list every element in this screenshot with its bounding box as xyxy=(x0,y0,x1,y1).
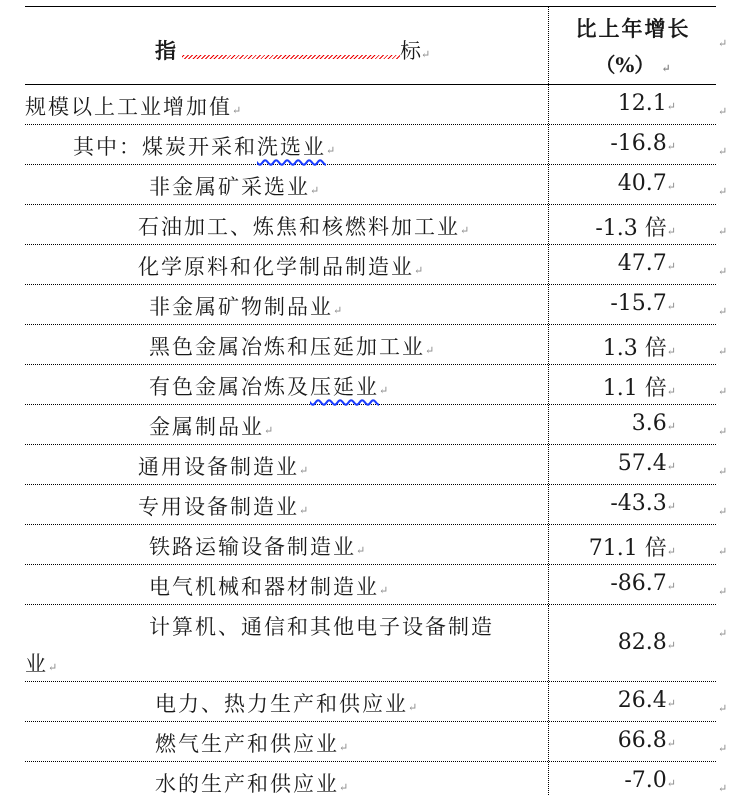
growth-value: 3.6↵ xyxy=(548,405,716,444)
table-row: 黑色金属冶炼和压延加工业↵ 1.3 倍↵ ↵ xyxy=(25,325,716,365)
indicator-name: 其中：煤炭开采和洗选业↵ xyxy=(73,131,596,161)
table-row: 水的生产和供应业↵ -7.0↵ ↵ xyxy=(25,762,716,796)
row-end-mark: ↵ xyxy=(718,105,727,118)
table-row: 非金属矿物制品业↵ -15.7↵ ↵ xyxy=(25,285,716,325)
row-end-mark: ↵ xyxy=(718,545,727,558)
row-end-mark: ↵ xyxy=(718,465,727,478)
indicator-name: 规模以上工业增加值↵ xyxy=(25,91,548,121)
table-row: 其中：煤炭开采和洗选业↵ -16.8↵ ↵ xyxy=(25,125,716,165)
row-end-mark: ↵ xyxy=(718,505,727,518)
table-row: 计算机、通信和其他电子设备制造 业↵ 82.8↵ ↵ xyxy=(25,605,716,682)
row-end-mark: ↵ xyxy=(718,225,727,238)
header-growth-cell: 比上年增长 （%） ↵ xyxy=(548,7,717,84)
growth-value: 47.7↵ xyxy=(548,245,716,284)
growth-value: 66.8↵ xyxy=(548,722,716,761)
row-end-mark: ↵ xyxy=(718,265,727,278)
growth-value: -7.0↵ xyxy=(548,762,716,796)
table-body: 规模以上工业增加值↵ 12.1↵ ↵ 其中：煤炭开采和洗选业↵ -16.8↵ ↵… xyxy=(25,85,716,796)
table-row: 电力、热力生产和供应业↵ 26.4↵ ↵ xyxy=(25,682,716,722)
row-end-mark: ↵ xyxy=(718,702,727,715)
row-end-mark: ↵ xyxy=(718,425,727,438)
growth-value: -43.3↵ xyxy=(548,485,716,524)
growth-value: -16.8↵ xyxy=(548,125,716,164)
growth-value: -1.3 倍↵ xyxy=(548,205,716,244)
row-end-mark: ↵ xyxy=(718,782,727,795)
growth-value: -15.7↵ xyxy=(548,285,716,324)
header-growth-label: 比上年增长 xyxy=(549,13,717,43)
growth-value: 1.1 倍↵ xyxy=(548,365,716,404)
table-row: 金属制品业↵ 3.6↵ ↵ xyxy=(25,405,716,445)
table-row: 规模以上工业增加值↵ 12.1↵ ↵ xyxy=(25,85,716,125)
row-end-mark: ↵ xyxy=(718,742,727,755)
indicator-name-line2: 业↵ xyxy=(25,648,548,678)
growth-value: -86.7↵ xyxy=(548,565,716,604)
table-row: 非金属矿采选业↵ 40.7↵ ↵ xyxy=(25,165,716,205)
statistics-table: 指 标↵ 比上年增长 （%） ↵ ↵ 规模以上工业增加值↵ 12.1↵ ↵ 其中… xyxy=(25,6,716,796)
spellcheck-squiggle xyxy=(182,55,400,59)
row-end-mark: ↵ xyxy=(718,145,727,158)
row-end-mark: ↵ xyxy=(718,627,727,640)
table-row: 电气机械和器材制造业↵ -86.7↵ ↵ xyxy=(25,565,716,605)
header-growth-unit: （%） ↵ xyxy=(549,49,717,78)
growth-value: 12.1↵ xyxy=(548,85,716,124)
growth-value: 71.1 倍↵ xyxy=(548,525,716,564)
table-row: 石油加工、炼焦和核燃料加工业↵ -1.3 倍↵ ↵ xyxy=(25,205,716,245)
header-indicator-right: 标↵ xyxy=(400,35,430,65)
row-end-mark: ↵ xyxy=(718,385,727,398)
table-row: 燃气生产和供应业↵ 66.8↵ ↵ xyxy=(25,722,716,762)
growth-value: 40.7↵ xyxy=(548,165,716,204)
row-end-mark: ↵ xyxy=(718,585,727,598)
row-end-mark: ↵ xyxy=(718,305,727,318)
row-end-mark: ↵ xyxy=(718,345,727,358)
row-end-mark: ↵ xyxy=(718,37,727,50)
header-indicator-cell: 指 标↵ xyxy=(25,7,548,84)
header-indicator-left: 指 xyxy=(155,35,176,65)
table-row: 通用设备制造业↵ 57.4↵ ↵ xyxy=(25,445,716,485)
table-header: 指 标↵ 比上年增长 （%） ↵ ↵ xyxy=(25,6,716,85)
row-end-mark: ↵ xyxy=(718,185,727,198)
growth-value: 57.4↵ xyxy=(548,445,716,484)
table-row: 专用设备制造业↵ -43.3↵ ↵ xyxy=(25,485,716,525)
table-row: 有色金属冶炼及压延业↵ 1.1 倍↵ ↵ xyxy=(25,365,716,405)
growth-value: 26.4↵ xyxy=(548,682,716,721)
growth-value: 1.3 倍↵ xyxy=(548,325,716,364)
table-row: 铁路运输设备制造业↵ 71.1 倍↵ ↵ xyxy=(25,525,716,565)
table-row: 化学原料和化学制品制造业↵ 47.7↵ ↵ xyxy=(25,245,716,285)
growth-value: 82.8↵ xyxy=(548,605,716,681)
